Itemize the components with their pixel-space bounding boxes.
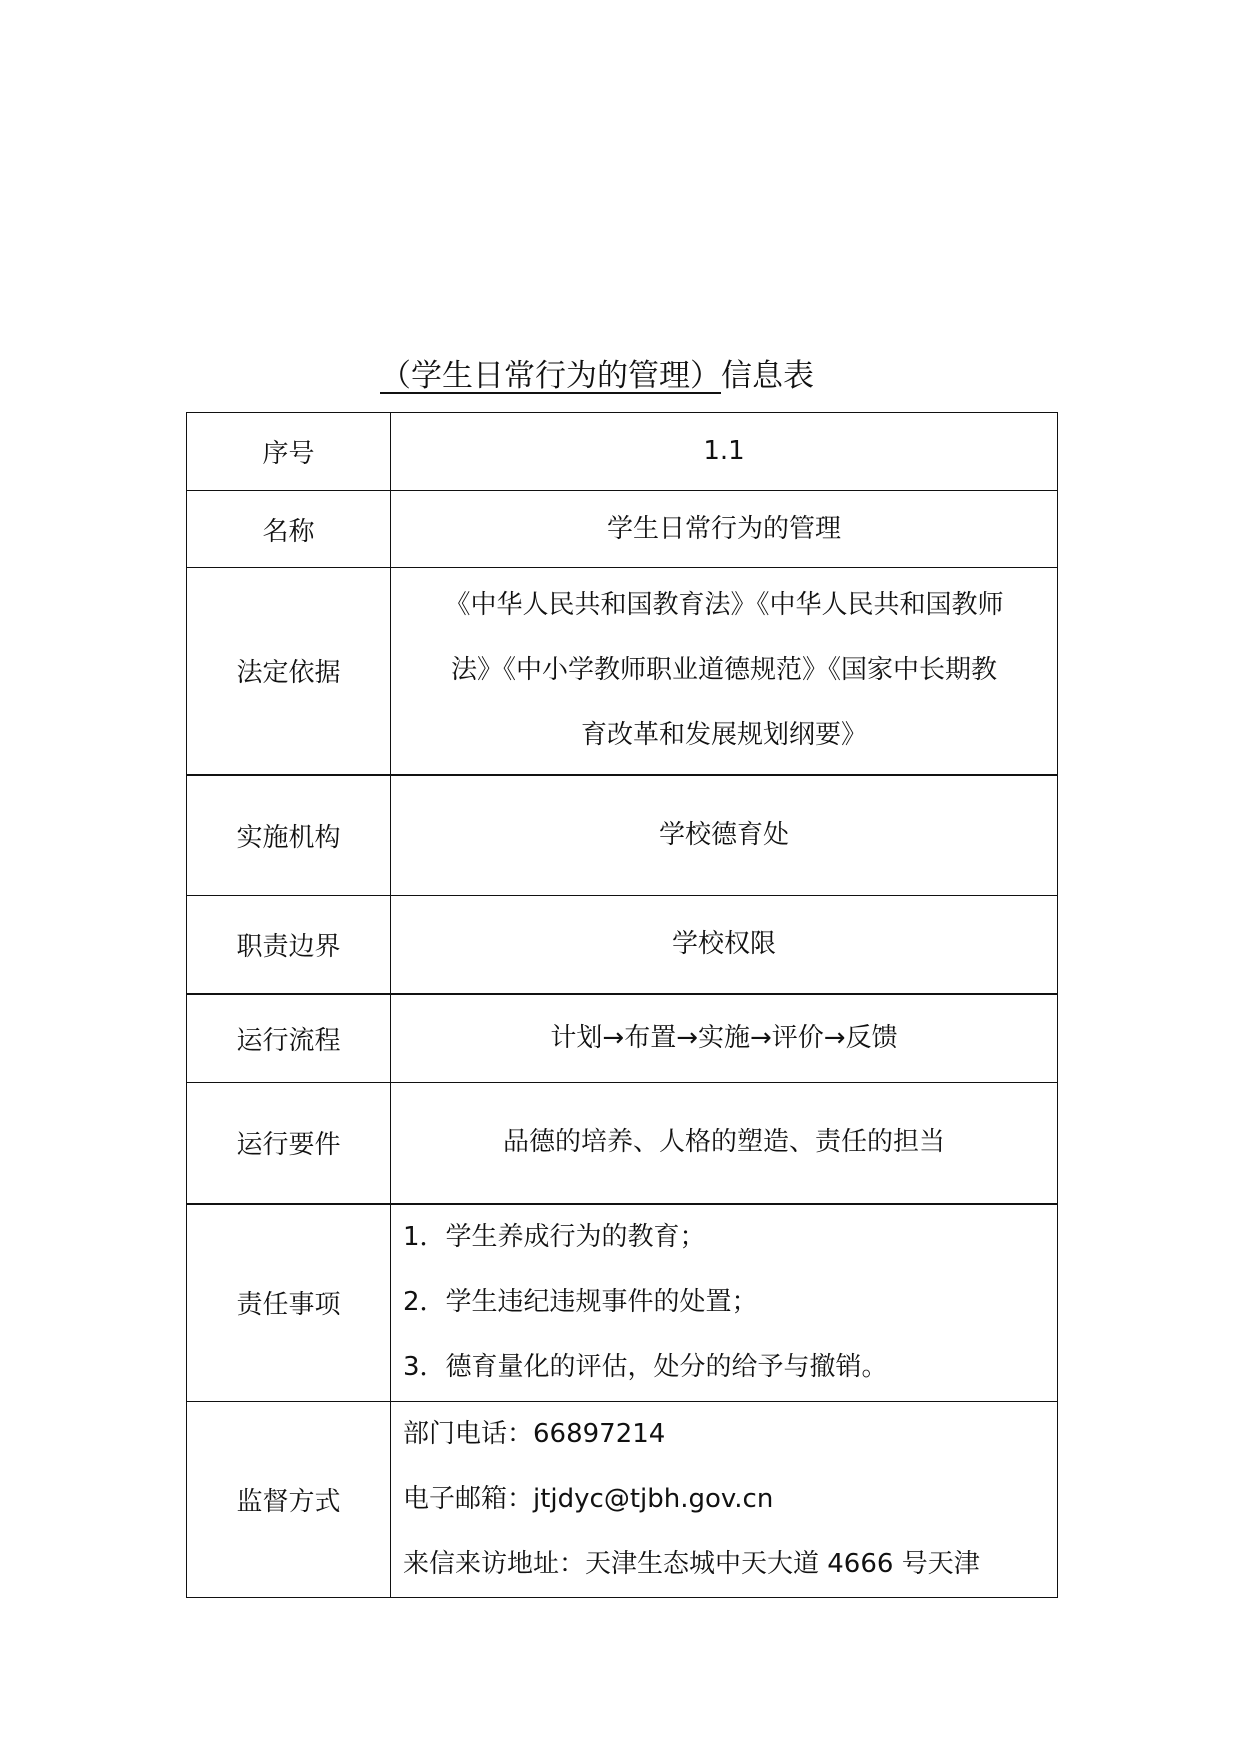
table-row-serial: 序号 1.1	[187, 413, 1058, 491]
row-value: 品德的培养、人格的塑造、责任的担当	[391, 1083, 1058, 1204]
table-row-legal-basis: 法定依据 《中华人民共和国教育法》《中华人民共和国教师 法》《中小学教师职业道德…	[187, 568, 1058, 775]
row-label: 责任事项	[187, 1204, 391, 1402]
row-value: 1.1	[391, 413, 1058, 491]
table-row-supervision: 监督方式 部门电话：66897214 电子邮箱：jtjdyc@tjbh.gov.…	[187, 1402, 1058, 1598]
row-value: 学校权限	[391, 896, 1058, 994]
row-label: 运行要件	[187, 1083, 391, 1204]
row-label: 运行流程	[187, 994, 391, 1083]
row-label: 监督方式	[187, 1402, 391, 1598]
row-value: 学生日常行为的管理	[391, 491, 1058, 568]
info-table: 序号 1.1 名称 学生日常行为的管理 法定依据 《中华人民共和国教育法》《中华…	[186, 412, 1058, 1598]
value-line: 3．德育量化的评估，处分的给予与撤销。	[403, 1335, 1057, 1400]
title-underlined: （学生日常行为的管理）	[380, 358, 721, 394]
value-line: 2．学生违纪违规事件的处置；	[403, 1270, 1057, 1335]
value-line: 1.1	[391, 419, 1057, 484]
table-row-implementing-agency: 实施机构 学校德育处	[187, 775, 1058, 896]
row-label: 实施机构	[187, 775, 391, 896]
row-value: 《中华人民共和国教育法》《中华人民共和国教师 法》《中小学教师职业道德规范》《国…	[391, 568, 1058, 775]
page-title: （学生日常行为的管理）信息表	[380, 356, 814, 396]
row-label: 名称	[187, 491, 391, 568]
title-suffix: 信息表	[721, 358, 814, 394]
value-line: 学校德育处	[391, 803, 1057, 868]
value-line: 育改革和发展规划纲要》	[391, 703, 1057, 768]
table-row-responsibilities: 责任事项 1．学生养成行为的教育； 2．学生违纪违规事件的处置； 3．德育量化的…	[187, 1204, 1058, 1402]
row-label: 职责边界	[187, 896, 391, 994]
row-label: 法定依据	[187, 568, 391, 775]
value-line: 《中华人民共和国教育法》《中华人民共和国教师	[391, 573, 1057, 638]
row-label: 序号	[187, 413, 391, 491]
table-row-process: 运行流程 计划→布置→实施→评价→反馈	[187, 994, 1058, 1083]
table-row-name: 名称 学生日常行为的管理	[187, 491, 1058, 568]
table-row-requirements: 运行要件 品德的培养、人格的塑造、责任的担当	[187, 1083, 1058, 1204]
phone-line: 部门电话：66897214	[403, 1402, 1057, 1467]
value-line: 法》《中小学教师职业道德规范》《国家中长期教	[391, 638, 1057, 703]
email-line: 电子邮箱：jtjdyc@tjbh.gov.cn	[403, 1467, 1057, 1532]
row-value: 部门电话：66897214 电子邮箱：jtjdyc@tjbh.gov.cn 来信…	[391, 1402, 1058, 1598]
row-value: 学校德育处	[391, 775, 1058, 896]
value-line: 计划→布置→实施→评价→反馈	[391, 1006, 1057, 1071]
value-line: 1．学生养成行为的教育；	[403, 1205, 1057, 1270]
table-row-responsibility-boundary: 职责边界 学校权限	[187, 896, 1058, 994]
address-line: 来信来访地址：天津生态城中天大道 4666 号天津	[403, 1532, 1057, 1597]
value-line: 品德的培养、人格的塑造、责任的担当	[391, 1110, 1057, 1175]
value-line: 学生日常行为的管理	[391, 497, 1057, 562]
row-value: 1．学生养成行为的教育； 2．学生违纪违规事件的处置； 3．德育量化的评估，处分…	[391, 1204, 1058, 1402]
row-value: 计划→布置→实施→评价→反馈	[391, 994, 1058, 1083]
value-line: 学校权限	[391, 912, 1057, 977]
